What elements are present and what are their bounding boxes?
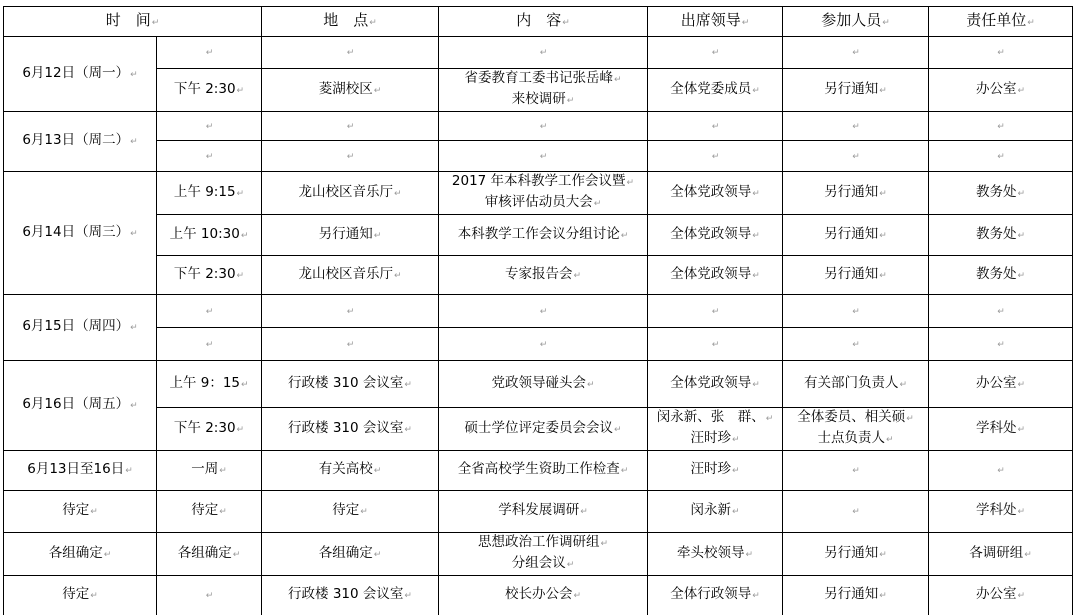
- location-cell: 行政楼 310 会议室: [262, 361, 439, 408]
- paragraph-mark-icon: [237, 86, 245, 96]
- paragraph-mark-icon: [206, 340, 214, 350]
- paragraph-mark-icon: [1017, 271, 1025, 281]
- paragraph-mark-icon: [573, 591, 581, 601]
- paragraph-mark-icon: [233, 550, 241, 560]
- date-cell-text: 6月13日至16日: [27, 461, 124, 477]
- time-cell: 一周: [157, 451, 262, 491]
- date-cell: 6月13日至16日: [4, 451, 157, 491]
- location-cell-text: 各组确定: [319, 545, 373, 561]
- leaders-cell: [648, 112, 783, 141]
- leaders-cell-text: 汪时珍: [690, 430, 731, 446]
- participants-cell: 另行通知: [783, 576, 929, 615]
- paragraph-mark-icon: [567, 560, 575, 570]
- leaders-cell-text: 全体党政领导: [670, 184, 751, 200]
- location-cell-text: 菱湖校区: [319, 81, 373, 97]
- paragraph-mark-icon: [1017, 86, 1025, 96]
- schedule-row: 下午 2:30龙山校区音乐厅专家报告会全体党政领导另行通知教务处: [4, 256, 1073, 295]
- paragraph-mark-icon: [712, 122, 720, 132]
- paragraph-mark-icon: [374, 466, 382, 476]
- content-cell: [439, 112, 648, 141]
- paragraph-mark-icon: [852, 48, 860, 58]
- paragraph-mark-icon: [745, 550, 753, 560]
- date-cell: 待定: [4, 576, 157, 615]
- paragraph-mark-icon: [237, 425, 245, 435]
- paragraph-mark-icon: [594, 199, 602, 209]
- location-cell-text: 龙山校区音乐厅: [298, 184, 393, 200]
- participants-cell: [783, 141, 929, 172]
- paragraph-mark-icon: [712, 152, 720, 162]
- content-cell: 专家报告会: [439, 256, 648, 295]
- paragraph-mark-icon: [712, 340, 720, 350]
- paragraph-mark-icon: [237, 189, 245, 199]
- time-cell: [157, 328, 262, 361]
- paragraph-mark-icon: [580, 507, 588, 517]
- leaders-cell-text: 全体党政领导: [670, 375, 751, 391]
- paragraph-mark-icon: [1017, 380, 1025, 390]
- paragraph-mark-icon: [627, 178, 635, 188]
- responsible-cell: [929, 328, 1073, 361]
- paragraph-mark-icon: [540, 122, 548, 132]
- content-cell: [439, 295, 648, 328]
- date-cell: 6月16日（周五）: [4, 361, 157, 451]
- time-cell: [157, 112, 262, 141]
- paragraph-mark-icon: [1024, 550, 1032, 560]
- participants-cell-text: 另行通知: [824, 226, 878, 242]
- paragraph-mark-icon: [347, 152, 355, 162]
- responsible-cell-text: 教务处: [976, 266, 1017, 282]
- time-cell-text: 上午 9：15: [169, 375, 240, 391]
- paragraph-mark-icon: [879, 86, 887, 96]
- content-cell-text: 硕士学位评定委员会会议: [464, 420, 613, 436]
- location-cell-text: 行政楼 310 会议室: [288, 375, 403, 391]
- content-cell-text: 审核评估动员大会: [485, 194, 593, 210]
- paragraph-mark-icon: [752, 189, 760, 199]
- leaders-cell: 牵头校领导: [648, 533, 783, 576]
- paragraph-mark-icon: [404, 380, 412, 390]
- time-cell: [157, 37, 262, 69]
- paragraph-mark-icon: [899, 380, 907, 390]
- location-cell: 待定: [262, 491, 439, 533]
- location-cell: 菱湖校区: [262, 69, 439, 112]
- responsible-cell-text: 办公室: [976, 81, 1017, 97]
- header-participants: 参加人员: [783, 7, 929, 37]
- schedule-row: 下午 2:30菱湖校区省委教育工委书记张岳峰来校调研全体党委成员另行通知办公室: [4, 69, 1073, 112]
- leaders-cell-text: 全体党政领导: [670, 226, 751, 242]
- paragraph-mark-icon: [852, 507, 860, 517]
- schedule-row: 待定行政楼 310 会议室校长办公会全体行政领导另行通知办公室: [4, 576, 1073, 615]
- paragraph-mark-icon: [90, 591, 98, 601]
- paragraph-mark-icon: [732, 507, 740, 517]
- leaders-cell: 全体党政领导: [648, 215, 783, 256]
- leaders-cell-text: 闵永新: [690, 502, 731, 518]
- content-cell: 校长办公会: [439, 576, 648, 615]
- location-cell-text: 有关高校: [319, 461, 373, 477]
- responsible-cell-text: 各调研组: [969, 545, 1023, 561]
- paragraph-mark-icon: [621, 231, 629, 241]
- paragraph-mark-icon: [614, 75, 622, 85]
- paragraph-mark-icon: [732, 435, 740, 445]
- paragraph-mark-icon: [374, 550, 382, 560]
- schedule-table: 时 间 地 点 内 容 出席领导 参加人员 责任单位 6月12日（周一）下午 2…: [3, 6, 1073, 615]
- paragraph-mark-icon: [587, 380, 595, 390]
- schedule-row: 6月13日（周二）: [4, 112, 1073, 141]
- participants-cell: [783, 112, 929, 141]
- responsible-cell: 学科处: [929, 408, 1073, 451]
- participants-cell: 全体委员、相关硕士点负责人: [783, 408, 929, 451]
- paragraph-mark-icon: [573, 271, 581, 281]
- participants-cell: [783, 328, 929, 361]
- schedule-body: 6月12日（周一）下午 2:30菱湖校区省委教育工委书记张岳峰来校调研全体党委成…: [4, 37, 1073, 615]
- paragraph-mark-icon: [1017, 507, 1025, 517]
- content-cell: 硕士学位评定委员会会议: [439, 408, 648, 451]
- paragraph-mark-icon: [104, 550, 112, 560]
- date-cell-text: 待定: [62, 502, 89, 518]
- responsible-cell: 教务处: [929, 172, 1073, 215]
- date-cell: 6月14日（周三）: [4, 172, 157, 295]
- participants-cell: [783, 295, 929, 328]
- content-cell: 省委教育工委书记张岳峰来校调研: [439, 69, 648, 112]
- content-cell: 学科发展调研: [439, 491, 648, 533]
- leaders-cell-text: 全体行政领导: [670, 586, 751, 602]
- header-time: 时 间: [4, 7, 262, 37]
- participants-cell-text: 另行通知: [824, 184, 878, 200]
- paragraph-mark-icon: [219, 466, 227, 476]
- responsible-cell-text: 办公室: [976, 375, 1017, 391]
- paragraph-mark-icon: [540, 307, 548, 317]
- paragraph-mark-icon: [766, 414, 774, 424]
- paragraph-mark-icon: [752, 86, 760, 96]
- location-cell: 各组确定: [262, 533, 439, 576]
- paragraph-mark-icon: [997, 48, 1005, 58]
- date-cell-text: 6月13日（周二）: [22, 132, 129, 148]
- paragraph-mark-icon: [130, 70, 138, 80]
- responsible-cell: 办公室: [929, 361, 1073, 408]
- content-cell: [439, 141, 648, 172]
- paragraph-mark-icon: [852, 122, 860, 132]
- participants-cell: [783, 491, 929, 533]
- paragraph-mark-icon: [347, 340, 355, 350]
- content-cell-text: 省委教育工委书记张岳峰: [464, 70, 613, 86]
- paragraph-mark-icon: [130, 229, 138, 239]
- paragraph-mark-icon: [1017, 591, 1025, 601]
- location-cell: 另行通知: [262, 215, 439, 256]
- paragraph-mark-icon: [347, 122, 355, 132]
- paragraph-mark-icon: [906, 414, 914, 424]
- date-cell-text: 6月15日（周四）: [22, 318, 129, 334]
- responsible-cell: [929, 141, 1073, 172]
- paragraph-mark-icon: [237, 271, 245, 281]
- date-cell: 6月12日（周一）: [4, 37, 157, 112]
- header-content: 内 容: [439, 7, 648, 37]
- time-cell-text: 待定: [191, 502, 218, 518]
- date-cell: 6月15日（周四）: [4, 295, 157, 361]
- paragraph-mark-icon: [206, 48, 214, 58]
- participants-cell: [783, 37, 929, 69]
- paragraph-mark-icon: [752, 591, 760, 601]
- responsible-cell-text: 学科处: [976, 420, 1017, 436]
- header-row: 时 间 地 点 内 容 出席领导 参加人员 责任单位: [4, 7, 1073, 37]
- paragraph-mark-icon: [1017, 189, 1025, 199]
- participants-cell: 有关部门负责人: [783, 361, 929, 408]
- schedule-row: 6月12日（周一）: [4, 37, 1073, 69]
- participants-cell-text: 另行通知: [824, 81, 878, 97]
- leaders-cell: [648, 295, 783, 328]
- responsible-cell: [929, 37, 1073, 69]
- time-cell: 下午 2:30: [157, 256, 262, 295]
- paragraph-mark-icon: [90, 507, 98, 517]
- responsible-cell: 各调研组: [929, 533, 1073, 576]
- date-cell: 各组确定: [4, 533, 157, 576]
- paragraph-mark-icon: [130, 401, 138, 411]
- time-cell-text: 一周: [191, 461, 218, 477]
- time-cell: 上午 10:30: [157, 215, 262, 256]
- paragraph-mark-icon: [712, 48, 720, 58]
- content-cell: [439, 328, 648, 361]
- time-cell: 待定: [157, 491, 262, 533]
- leaders-cell: 全体党政领导: [648, 172, 783, 215]
- participants-cell-text: 士点负责人: [817, 430, 885, 446]
- responsible-cell-text: 教务处: [976, 226, 1017, 242]
- leaders-cell: [648, 37, 783, 69]
- date-cell-text: 待定: [62, 586, 89, 602]
- time-cell: 各组确定: [157, 533, 262, 576]
- paragraph-mark-icon: [879, 231, 887, 241]
- paragraph-mark-icon: [997, 152, 1005, 162]
- paragraph-mark-icon: [614, 425, 622, 435]
- content-cell: 2017 年本科教学工作会议暨审核评估动员大会: [439, 172, 648, 215]
- leaders-cell: 闵永新、张 群、汪时珍: [648, 408, 783, 451]
- location-cell-text: 另行通知: [319, 226, 373, 242]
- location-cell-text: 行政楼 310 会议室: [288, 420, 403, 436]
- location-cell: [262, 295, 439, 328]
- schedule-row: [4, 141, 1073, 172]
- paragraph-mark-icon: [241, 380, 249, 390]
- paragraph-mark-icon: [997, 122, 1005, 132]
- content-cell: 党政领导碰头会: [439, 361, 648, 408]
- leaders-cell: [648, 141, 783, 172]
- leaders-cell-text: 闵永新、张 群、: [657, 409, 765, 425]
- location-cell: 龙山校区音乐厅: [262, 172, 439, 215]
- paragraph-mark-icon: [752, 271, 760, 281]
- location-cell: [262, 112, 439, 141]
- paragraph-mark-icon: [206, 307, 214, 317]
- time-cell: 上午 9:15: [157, 172, 262, 215]
- date-cell-text: 6月12日（周一）: [22, 65, 129, 81]
- paragraph-mark-icon: [997, 466, 1005, 476]
- participants-cell: 另行通知: [783, 256, 929, 295]
- schedule-row: 6月15日（周四）: [4, 295, 1073, 328]
- responsible-cell: 学科处: [929, 491, 1073, 533]
- location-cell: 龙山校区音乐厅: [262, 256, 439, 295]
- location-cell: [262, 37, 439, 69]
- header-leaders: 出席领导: [648, 7, 783, 37]
- paragraph-mark-icon: [879, 189, 887, 199]
- leaders-cell: 全体行政领导: [648, 576, 783, 615]
- content-cell-text: 专家报告会: [505, 266, 573, 282]
- paragraph-mark-icon: [712, 307, 720, 317]
- date-cell-text: 各组确定: [49, 545, 103, 561]
- paragraph-mark-icon: [394, 271, 402, 281]
- participants-cell: 另行通知: [783, 69, 929, 112]
- paragraph-mark-icon: [852, 152, 860, 162]
- content-cell: 思想政治工作调研组分组会议: [439, 533, 648, 576]
- date-cell: 6月13日（周二）: [4, 112, 157, 172]
- paragraph-mark-icon: [1017, 425, 1025, 435]
- participants-cell: [783, 451, 929, 491]
- content-cell-text: 党政领导碰头会: [491, 375, 586, 391]
- participants-cell-text: 全体委员、相关硕: [797, 409, 905, 425]
- participants-cell: 另行通知: [783, 172, 929, 215]
- paragraph-mark-icon: [540, 152, 548, 162]
- paragraph-mark-icon: [125, 466, 133, 476]
- schedule-row: [4, 328, 1073, 361]
- leaders-cell: 全体党政领导: [648, 361, 783, 408]
- content-cell: [439, 37, 648, 69]
- location-cell-text: 行政楼 310 会议室: [288, 586, 403, 602]
- participants-cell-text: 另行通知: [824, 545, 878, 561]
- time-cell: 下午 2:30: [157, 69, 262, 112]
- paragraph-mark-icon: [852, 307, 860, 317]
- content-cell-text: 思想政治工作调研组: [478, 534, 600, 550]
- date-cell-text: 6月14日（周三）: [22, 224, 129, 240]
- leaders-cell-text: 全体党委成员: [670, 81, 751, 97]
- responsible-cell: 教务处: [929, 256, 1073, 295]
- leaders-cell: 闵永新: [648, 491, 783, 533]
- paragraph-mark-icon: [879, 591, 887, 601]
- responsible-cell: 办公室: [929, 576, 1073, 615]
- time-cell: [157, 295, 262, 328]
- participants-cell-text: 有关部门负责人: [804, 375, 899, 391]
- participants-cell-text: 另行通知: [824, 266, 878, 282]
- paragraph-mark-icon: [752, 380, 760, 390]
- time-cell: 下午 2:30: [157, 408, 262, 451]
- paragraph-mark-icon: [374, 86, 382, 96]
- time-cell-text: 下午 2:30: [174, 266, 236, 282]
- leaders-cell-text: 汪时珍: [690, 461, 731, 477]
- participants-cell: 另行通知: [783, 533, 929, 576]
- content-cell-text: 分组会议: [512, 555, 566, 571]
- responsible-cell-text: 教务处: [976, 184, 1017, 200]
- content-cell-text: 2017 年本科教学工作会议暨: [452, 173, 626, 189]
- participants-cell: 另行通知: [783, 215, 929, 256]
- date-cell-text: 6月16日（周五）: [22, 396, 129, 412]
- leaders-cell-text: 全体党政领导: [670, 266, 751, 282]
- responsible-cell: [929, 451, 1073, 491]
- content-cell: 本科教学工作会议分组讨论: [439, 215, 648, 256]
- schedule-row: 下午 2:30行政楼 310 会议室硕士学位评定委员会会议闵永新、张 群、汪时珍…: [4, 408, 1073, 451]
- paragraph-mark-icon: [241, 231, 249, 241]
- date-cell: 待定: [4, 491, 157, 533]
- paragraph-mark-icon: [752, 231, 760, 241]
- paragraph-mark-icon: [404, 591, 412, 601]
- location-cell-text: 待定: [332, 502, 359, 518]
- paragraph-mark-icon: [347, 307, 355, 317]
- paragraph-mark-icon: [206, 122, 214, 132]
- schedule-row: 待定待定待定学科发展调研闵永新学科处: [4, 491, 1073, 533]
- paragraph-mark-icon: [997, 307, 1005, 317]
- responsible-cell-text: 学科处: [976, 502, 1017, 518]
- location-cell-text: 龙山校区音乐厅: [298, 266, 393, 282]
- content-cell-text: 学科发展调研: [498, 502, 579, 518]
- schedule-row: 6月16日（周五）上午 9：15行政楼 310 会议室党政领导碰头会全体党政领导…: [4, 361, 1073, 408]
- leaders-cell: 全体党政领导: [648, 256, 783, 295]
- location-cell: 行政楼 310 会议室: [262, 408, 439, 451]
- content-cell-text: 全省高校学生资助工作检查: [458, 461, 620, 477]
- schedule-row: 各组确定各组确定各组确定思想政治工作调研组分组会议牵头校领导另行通知各调研组: [4, 533, 1073, 576]
- responsible-cell-text: 办公室: [976, 586, 1017, 602]
- paragraph-mark-icon: [852, 466, 860, 476]
- paragraph-mark-icon: [567, 96, 575, 106]
- content-cell-text: 本科教学工作会议分组讨论: [458, 226, 620, 242]
- paragraph-mark-icon: [621, 466, 629, 476]
- paragraph-mark-icon: [879, 271, 887, 281]
- leaders-cell-text: 牵头校领导: [677, 545, 745, 561]
- time-cell-text: 上午 10:30: [170, 226, 240, 242]
- schedule-row: 6月14日（周三）上午 9:15龙山校区音乐厅2017 年本科教学工作会议暨审核…: [4, 172, 1073, 215]
- paragraph-mark-icon: [394, 189, 402, 199]
- paragraph-mark-icon: [360, 507, 368, 517]
- time-cell: [157, 141, 262, 172]
- paragraph-mark-icon: [404, 425, 412, 435]
- paragraph-mark-icon: [997, 340, 1005, 350]
- header-responsible: 责任单位: [929, 7, 1073, 37]
- paragraph-mark-icon: [206, 152, 214, 162]
- paragraph-mark-icon: [219, 507, 227, 517]
- leaders-cell: [648, 328, 783, 361]
- paragraph-mark-icon: [540, 340, 548, 350]
- paragraph-mark-icon: [732, 466, 740, 476]
- schedule-row: 上午 10:30另行通知本科教学工作会议分组讨论全体党政领导另行通知教务处: [4, 215, 1073, 256]
- participants-cell-text: 另行通知: [824, 586, 878, 602]
- time-cell-text: 各组确定: [178, 545, 232, 561]
- paragraph-mark-icon: [600, 539, 608, 549]
- content-cell-text: 校长办公会: [505, 586, 573, 602]
- paragraph-mark-icon: [206, 591, 214, 601]
- paragraph-mark-icon: [886, 435, 894, 445]
- time-cell: 上午 9：15: [157, 361, 262, 408]
- content-cell-text: 来校调研: [512, 91, 566, 107]
- paragraph-mark-icon: [374, 231, 382, 241]
- content-cell: 全省高校学生资助工作检查: [439, 451, 648, 491]
- time-cell-text: 下午 2:30: [174, 81, 236, 97]
- paragraph-mark-icon: [540, 48, 548, 58]
- location-cell: 有关高校: [262, 451, 439, 491]
- responsible-cell: 教务处: [929, 215, 1073, 256]
- time-cell-text: 下午 2:30: [174, 420, 236, 436]
- time-cell: [157, 576, 262, 615]
- schedule-row: 6月13日至16日一周有关高校全省高校学生资助工作检查汪时珍: [4, 451, 1073, 491]
- paragraph-mark-icon: [130, 137, 138, 147]
- paragraph-mark-icon: [1017, 231, 1025, 241]
- paragraph-mark-icon: [347, 48, 355, 58]
- responsible-cell: [929, 112, 1073, 141]
- paragraph-mark-icon: [852, 340, 860, 350]
- responsible-cell: [929, 295, 1073, 328]
- leaders-cell: 全体党委成员: [648, 69, 783, 112]
- header-location: 地 点: [262, 7, 439, 37]
- paragraph-mark-icon: [130, 323, 138, 333]
- responsible-cell: 办公室: [929, 69, 1073, 112]
- time-cell-text: 上午 9:15: [174, 184, 236, 200]
- leaders-cell: 汪时珍: [648, 451, 783, 491]
- location-cell: 行政楼 310 会议室: [262, 576, 439, 615]
- paragraph-mark-icon: [879, 550, 887, 560]
- location-cell: [262, 141, 439, 172]
- location-cell: [262, 328, 439, 361]
